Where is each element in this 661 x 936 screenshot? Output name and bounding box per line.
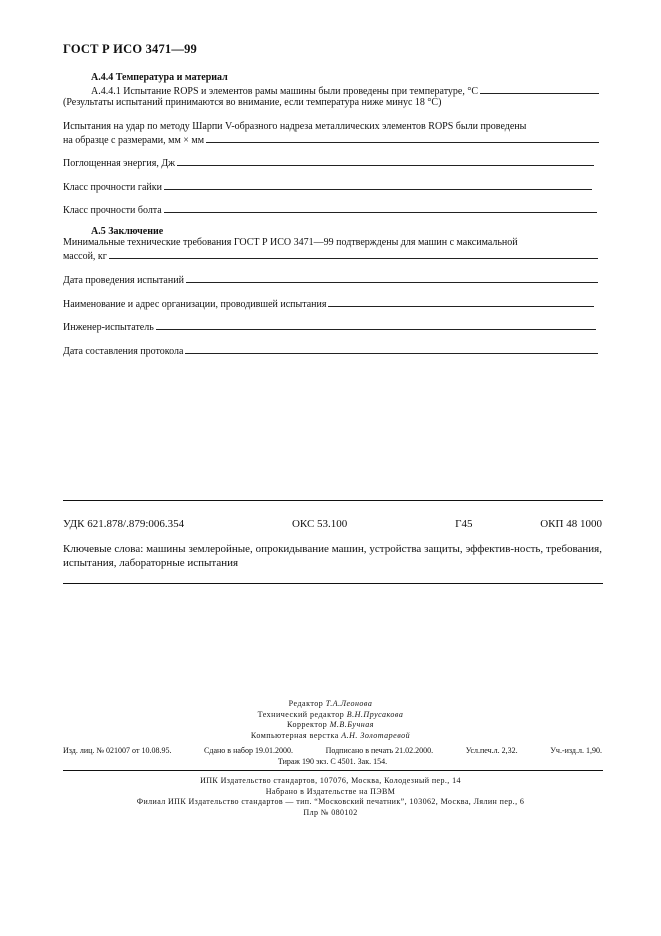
section-heading-a44: А.4.4 Температура и материал bbox=[91, 72, 228, 83]
pub-edit-sheets: Уч.-изд.л. 1,90. bbox=[550, 746, 602, 757]
max-mass-label: массой, кг bbox=[63, 251, 107, 262]
imprint-typeset: Набрано в Издательстве на ПЭВМ bbox=[0, 787, 661, 798]
nut-class-label: Класс прочности гайки bbox=[63, 182, 162, 193]
keywords: Ключевые слова: машины землеройные, опро… bbox=[63, 542, 602, 570]
credit-tech-editor: Технический редактор В.Н.Прусакова bbox=[0, 710, 661, 721]
divider-bottom bbox=[63, 583, 603, 584]
test-date-label: Дата проведения испытаний bbox=[63, 275, 184, 286]
absorbed-energy-field: Поглощенная энергия, Дж bbox=[63, 156, 594, 169]
test-date-blank[interactable] bbox=[186, 273, 598, 283]
pub-license: Изд. лиц. № 021007 от 10.08.95. bbox=[63, 746, 171, 757]
pub-signed: Подписано в печать 21.02.2000. bbox=[326, 746, 434, 757]
absorbed-energy-blank[interactable] bbox=[177, 156, 594, 166]
temperature-label: А.4.4.1 Испытание ROPS и элементов рамы … bbox=[91, 86, 478, 97]
absorbed-energy-label: Поглощенная энергия, Дж bbox=[63, 158, 175, 169]
credits: Редактор Т.А.Леонова Технический редакто… bbox=[0, 699, 661, 741]
classification-codes: УДК 621.878/.879:006.354 ОКС 53.100 Г45 … bbox=[63, 518, 602, 530]
bolt-class-label: Класс прочности болта bbox=[63, 205, 162, 216]
protocol-date-blank[interactable] bbox=[185, 344, 598, 354]
okp-code: ОКП 48 1000 bbox=[540, 518, 602, 530]
organization-blank[interactable] bbox=[328, 297, 594, 307]
engineer-label: Инженер-испытатель bbox=[63, 322, 154, 333]
specimen-size-field: на образце с размерами, мм × мм bbox=[63, 133, 599, 146]
divider-imprint bbox=[63, 770, 603, 771]
max-mass-blank[interactable] bbox=[109, 249, 598, 259]
section-heading-a5: А.5 Заключение bbox=[91, 226, 163, 237]
pub-typeset: Сдано в набор 19.01.2000. bbox=[204, 746, 293, 757]
pub-circulation: Тираж 190 экз. С 4501. Зак. 154. bbox=[63, 757, 602, 768]
protocol-date-label: Дата составления протокола bbox=[63, 346, 183, 357]
imprint: ИПК Издательство стандартов, 107076, Мос… bbox=[0, 776, 661, 818]
pub-print-sheets: Усл.печ.л. 2,32. bbox=[466, 746, 518, 757]
temperature-blank[interactable] bbox=[480, 84, 599, 94]
group-code: Г45 bbox=[455, 518, 472, 530]
conclusion-text: Минимальные технические требования ГОСТ … bbox=[63, 237, 518, 249]
credit-layout: Компьютерная верстка А.Н. Золотаревой bbox=[0, 731, 661, 742]
document-title: ГОСТ Р ИСО 3471—99 bbox=[63, 42, 197, 57]
engineer-field: Инженер-испытатель bbox=[63, 320, 596, 333]
max-mass-field: массой, кг bbox=[63, 249, 598, 262]
charpy-text: Испытания на удар по методу Шарпи V-обра… bbox=[63, 121, 526, 133]
organization-field: Наименование и адрес организации, провод… bbox=[63, 297, 594, 310]
imprint-license: Плр № 080102 bbox=[0, 808, 661, 819]
bolt-class-blank[interactable] bbox=[164, 203, 597, 213]
credit-editor: Редактор Т.А.Леонова bbox=[0, 699, 661, 710]
credit-proofreader: Корректор М.В.Бучная bbox=[0, 720, 661, 731]
nut-class-blank[interactable] bbox=[164, 180, 592, 190]
temperature-note: (Результаты испытаний принимаются во вни… bbox=[63, 97, 441, 109]
imprint-publisher: ИПК Издательство стандартов, 107076, Мос… bbox=[0, 776, 661, 787]
bolt-class-field: Класс прочности болта bbox=[63, 203, 597, 216]
udk-code: УДК 621.878/.879:006.354 bbox=[63, 518, 184, 530]
test-date-field: Дата проведения испытаний bbox=[63, 273, 598, 286]
specimen-size-blank[interactable] bbox=[206, 133, 599, 143]
temperature-field: А.4.4.1 Испытание ROPS и элементов рамы … bbox=[91, 84, 599, 97]
divider-top bbox=[63, 500, 603, 501]
engineer-blank[interactable] bbox=[156, 320, 596, 330]
publication-info: Изд. лиц. № 021007 от 10.08.95. Сдано в … bbox=[63, 746, 602, 767]
oks-code: ОКС 53.100 bbox=[292, 518, 347, 530]
protocol-date-field: Дата составления протокола bbox=[63, 344, 598, 357]
organization-label: Наименование и адрес организации, провод… bbox=[63, 299, 326, 310]
nut-class-field: Класс прочности гайки bbox=[63, 180, 592, 193]
imprint-printer: Филиал ИПК Издательство стандартов — тип… bbox=[0, 797, 661, 808]
specimen-size-label: на образце с размерами, мм × мм bbox=[63, 135, 204, 146]
